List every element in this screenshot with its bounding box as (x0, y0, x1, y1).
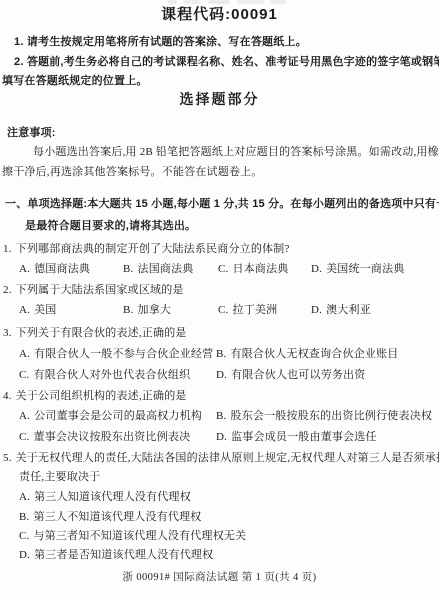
question-5-option-b: B.第三人不知道该代理人没有代理权 (19, 511, 202, 524)
exam-paper-page: 课程代码:00091 1. 请考生按规定用笔将所有试题的答案涂、写在答题纸上。 … (0, 0, 439, 595)
question-5-text-line1: 5.关于无权代理人的责任,大陆法各国的法律从原则上规定,无权代理人对第三人是否须… (3, 452, 439, 465)
question-5-option-c: C.与第三者知不知道该代理人没有代理权无关 (19, 530, 246, 543)
question-4-option-a: A.公司董事会是公司的最高权力机构 (19, 410, 202, 423)
question-2-option-d: D.澳大利亚 (311, 304, 371, 317)
notes-line1: 每小题选出答案后,用 2B 铅笔把答题纸上对应题目的答案标号涂黑。如需改动,用橡… (33, 146, 439, 159)
page-footer: 浙 00091# 国际商法试题 第 1 页(共 4 页) (0, 571, 439, 584)
question-1-option-d: D.美国统一商法典 (311, 263, 405, 276)
question-3-option-a: A.有限合伙人一般不参与合伙企业经营 (19, 348, 213, 361)
question-2-option-b: B.加拿大 (123, 304, 171, 317)
question-1-number: 1. (3, 243, 12, 255)
question-3-number: 3. (3, 327, 12, 339)
question-1-option-b: B.法国商法典 (123, 263, 194, 276)
question-4-option-b: B.股东会一般按股东的出资比例行使表决权 (216, 410, 432, 423)
question-1-option-c: C.日本商法典 (218, 263, 289, 276)
question-3-option-b: B.有限合伙人无权查询合伙企业账目 (216, 348, 399, 361)
scan-artifact (168, 0, 286, 4)
question-5-text-line2: 责任,主要取决于 (19, 471, 100, 484)
question-5-option-a: A.第三人知道该代理人没有代理权 (19, 491, 191, 504)
question-5-option-d: D.第三者是否知道该代理人没有代理权 (19, 549, 213, 562)
question-3-text: 3.下列关于有限合伙的表述,正确的是 (3, 327, 187, 340)
question-4-option-c: C.董事会决议按股东出资比例表决 (19, 431, 190, 444)
question-3-option-c: C.有限合伙人对外也代表合伙组织 (19, 369, 190, 382)
question-type-heading-line1: 一、单项选择题:本大题共 15 小题,每小题 1 分,共 15 分。在每小题列出… (5, 198, 439, 211)
question-2-option-c: C.拉丁美洲 (218, 304, 277, 317)
notes-line2: 擦干净后,再选涂其他答案标号。不能答在试题卷上。 (2, 166, 263, 179)
question-2-number: 2. (3, 284, 12, 296)
part-heading: 选择题部分 (0, 93, 439, 106)
question-2-text: 2.下列属于大陆法系国家或区域的是 (3, 284, 184, 297)
notes-label: 注意事项: (7, 127, 56, 140)
question-1-text: 1.下列哪部商法典的制定开创了大陆法系民商分立的体制? (3, 243, 290, 256)
question-1-option-a: A.德国商法典 (19, 263, 90, 276)
question-2-option-a: A.美国 (19, 304, 57, 317)
question-4-number: 4. (3, 390, 12, 402)
instruction-2-line2: 填写在答题纸规定的位置上。 (2, 75, 148, 88)
question-5-number: 5. (3, 452, 12, 464)
page-title: 课程代码:00091 (0, 8, 439, 21)
question-4-option-d: D.监事会成员一般由董事会选任 (216, 431, 377, 444)
instruction-1: 1. 请考生按规定用笔将所有试题的答案涂、写在答题纸上。 (14, 36, 307, 49)
question-4-text: 4.关于公司组织机构的表述,正确的是 (3, 390, 187, 403)
question-3-option-d: D.有限合伙人也可以劳务出资 (216, 369, 366, 382)
question-type-heading-line2: 是最符合题目要求的,请将其选出。 (25, 220, 196, 233)
instruction-2-line1: 2. 答题前,考生务必将自己的考试课程名称、姓名、准考证号用黑色字迹的签字笔或钢… (14, 56, 439, 69)
